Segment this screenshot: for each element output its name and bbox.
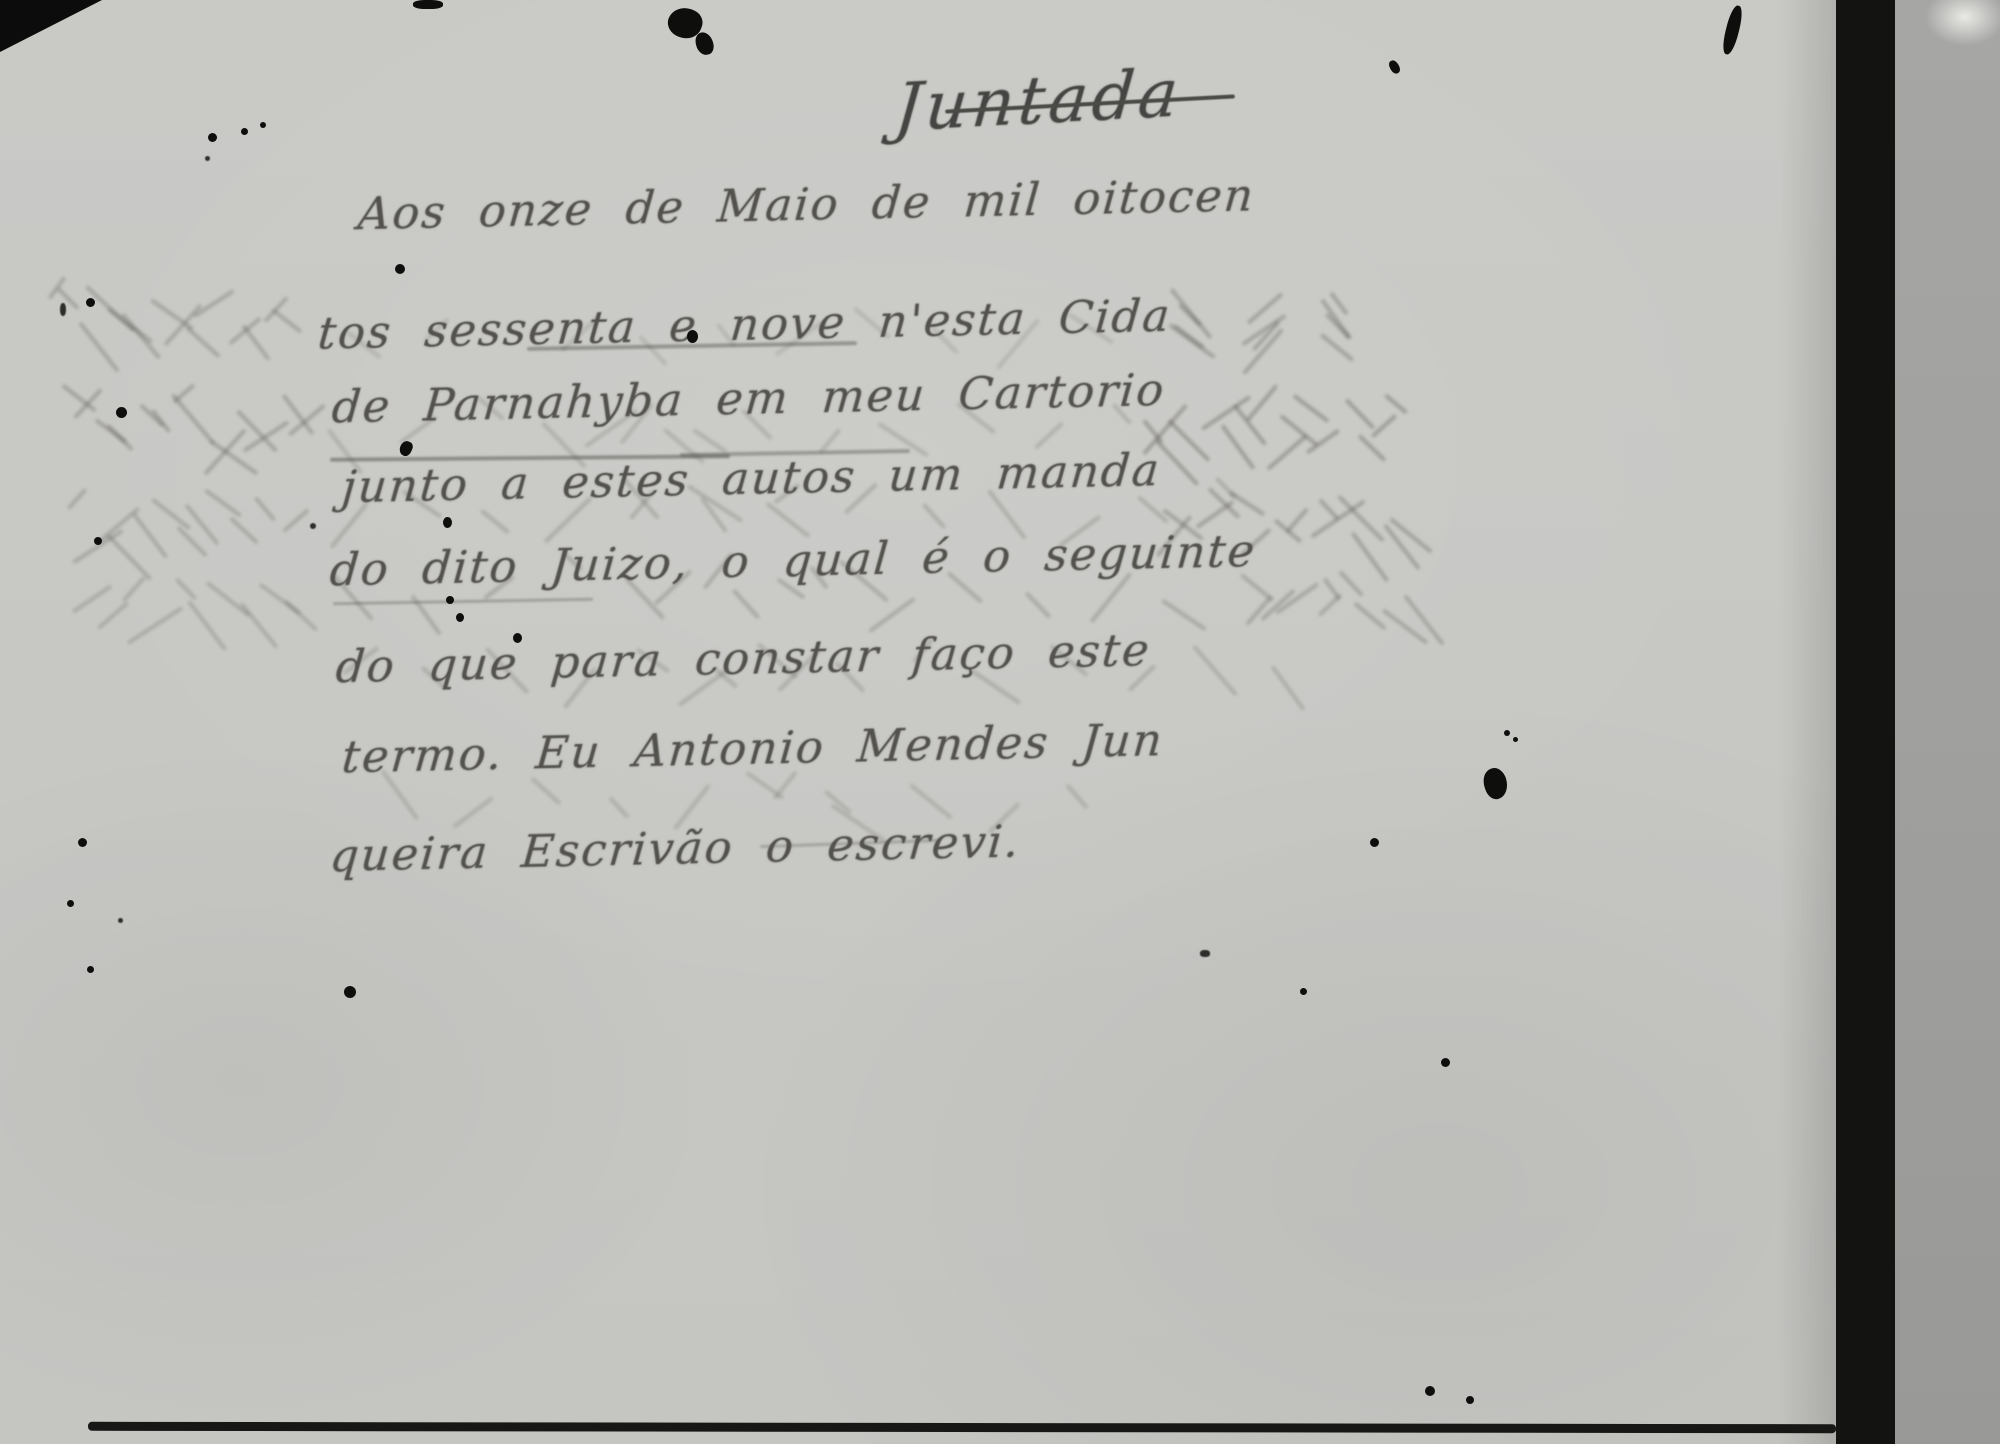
bleedthrough-stroke [1384, 393, 1408, 414]
bleedthrough-stroke [94, 419, 127, 445]
bleedthrough-stroke [1168, 323, 1216, 359]
bleedthrough-stroke [139, 403, 164, 427]
ink-speck [60, 303, 66, 316]
bleedthrough-stroke [1221, 424, 1256, 470]
manuscript-line: do que para constar faço este [334, 623, 1153, 693]
bleedthrough-stroke [259, 582, 302, 615]
scan-border-bottom [88, 1422, 1836, 1433]
ink-speck [208, 133, 217, 142]
bleedthrough-stroke [1161, 598, 1206, 630]
ink-speck [1504, 730, 1510, 736]
ink-blot [1480, 765, 1511, 802]
manuscript-line: tos sessenta e nove n'esta Cida [316, 289, 1174, 360]
bleedthrough-stroke [1338, 570, 1363, 597]
bleedthrough-stroke [909, 783, 953, 819]
ink-speck [1300, 988, 1307, 995]
ink-speck [1513, 737, 1518, 742]
bleedthrough-stroke [72, 584, 112, 613]
bleedthrough-stroke [288, 404, 326, 437]
ink-speck [344, 986, 356, 998]
ink-speck [513, 633, 522, 643]
bleedthrough-stroke [151, 498, 191, 531]
ink-speck [87, 966, 94, 973]
scan-background-right [1895, 0, 2000, 1444]
bleedthrough-stroke [284, 600, 318, 632]
bleedthrough-stroke [1137, 496, 1169, 525]
bleedthrough-stroke [67, 488, 87, 510]
ink-blot [693, 30, 715, 57]
bleedthrough-stroke [241, 324, 270, 361]
ink-speck [67, 900, 74, 907]
bleedthrough-stroke [1325, 312, 1351, 339]
bleedthrough-stroke [1345, 399, 1376, 431]
ink-speck [241, 128, 248, 135]
ink-mark [1387, 59, 1402, 76]
bleedthrough-stroke [1260, 588, 1295, 620]
bleedthrough-stroke [243, 420, 290, 452]
bleedthrough-stroke [1371, 413, 1397, 437]
bleedthrough-stroke [1358, 434, 1387, 462]
bleedthrough-stroke [824, 790, 853, 815]
manuscript-line: termo. Eu Antonio Mendes Jun [340, 713, 1166, 783]
bleedthrough-stroke [203, 429, 246, 476]
bleedthrough-stroke [1025, 591, 1051, 618]
bleedthrough-stroke [72, 529, 124, 564]
bleedthrough-stroke [1173, 324, 1205, 349]
bleedthrough-stroke [172, 383, 195, 404]
scanned-document-page: Juntada Aos onze de Maio de mil oitocen … [0, 0, 2000, 1444]
bleedthrough-stroke [732, 589, 760, 620]
bleedthrough-stroke [1229, 490, 1266, 516]
bleedthrough-stroke [1208, 487, 1241, 519]
ink-speck [443, 517, 452, 528]
bleedthrough-stroke [73, 388, 103, 419]
ink-speck [1370, 838, 1379, 847]
ink-speck [116, 407, 127, 418]
bleedthrough-stroke [184, 504, 219, 546]
bleedthrough-stroke [868, 596, 916, 632]
bleedthrough-stroke [272, 308, 303, 333]
bleedthrough-stroke [1215, 477, 1237, 500]
ink-speck [397, 439, 414, 458]
bleedthrough-stroke [480, 508, 510, 533]
scan-corner-shadow [0, 0, 102, 52]
ink-speck [118, 918, 123, 923]
ink-speck [78, 838, 87, 847]
bleedthrough-stroke [1274, 519, 1303, 544]
bleedthrough-stroke [692, 428, 727, 454]
bleedthrough-stroke [1383, 523, 1421, 570]
bleedthrough-stroke [1065, 784, 1088, 810]
bleedthrough-stroke [210, 440, 259, 476]
bleedthrough-stroke [122, 575, 146, 601]
manuscript-line: junto a estes autos um manda [340, 443, 1163, 513]
ink-speck [1425, 1386, 1435, 1396]
bleedthrough-stroke [61, 384, 97, 413]
bleedthrough-stroke [1192, 645, 1238, 697]
bleedthrough-stroke [205, 580, 250, 616]
ink-speck [94, 537, 102, 545]
bleedthrough-stroke [1247, 292, 1284, 325]
bleedthrough-stroke [193, 289, 235, 318]
bleedthrough-stroke [187, 600, 227, 651]
bleedthrough-stroke [1271, 665, 1306, 711]
manuscript-line: do dito Juizo, o qual é o seguinte [328, 524, 1259, 597]
bleedthrough-stroke [163, 304, 202, 347]
bleedthrough-stroke [175, 577, 197, 600]
bleedthrough-stroke [1310, 499, 1365, 538]
bleedthrough-stroke [1252, 321, 1280, 352]
bleedthrough-stroke [1337, 495, 1384, 542]
bleedthrough-stroke [1382, 608, 1428, 644]
bleedthrough-stroke [150, 298, 194, 331]
bleedthrough-stroke [1320, 333, 1354, 362]
bleedthrough-stroke [85, 284, 135, 331]
bleedthrough-stroke [452, 796, 494, 829]
bleedthrough-stroke [1246, 384, 1279, 422]
bleedthrough-stroke [236, 409, 278, 452]
bleedthrough-stroke [282, 508, 310, 533]
ink-mark [1200, 950, 1210, 957]
bleedthrough-stroke [98, 506, 140, 542]
bleedthrough-stroke [1240, 573, 1274, 602]
bleedthrough-stroke [1142, 419, 1163, 444]
bleedthrough-stroke [282, 394, 315, 436]
manuscript-line: Aos onze de Maio de mil oitocen [356, 169, 1257, 241]
bleedthrough-stroke [1201, 396, 1251, 432]
bleedthrough-stroke [1279, 414, 1318, 447]
scan-corner-highlight [1925, 0, 2000, 46]
ink-speck [260, 122, 266, 128]
bleedthrough-stroke [229, 517, 259, 545]
bleedthrough-stroke [106, 533, 152, 580]
bleedthrough-stroke [333, 598, 593, 606]
bleedthrough-stroke [1323, 577, 1342, 600]
bleedthrough-stroke [1178, 303, 1202, 327]
bleedthrough-stroke [1318, 593, 1342, 617]
bleedthrough-stroke [171, 393, 215, 445]
ink-streak [1720, 4, 1745, 56]
ink-speck [310, 523, 316, 529]
bleedthrough-stroke [240, 603, 279, 650]
ink-mark [413, 0, 443, 9]
bleedthrough-stroke [1403, 595, 1444, 646]
bleedthrough-stroke [228, 317, 261, 346]
bleedthrough-stroke [185, 326, 220, 358]
bleedthrough-stroke [204, 489, 242, 518]
bleedthrough-stroke [1353, 601, 1386, 630]
bleedthrough-stroke [1320, 299, 1351, 340]
bleedthrough-stroke [151, 409, 171, 434]
ink-speck [1466, 1396, 1474, 1404]
bleedthrough-stroke [922, 502, 946, 528]
bleedthrough-stroke [254, 497, 276, 523]
bleedthrough-stroke [1170, 287, 1213, 338]
ink-speck [687, 330, 698, 343]
bleedthrough-stroke [78, 321, 119, 372]
bleedthrough-stroke [1318, 498, 1339, 520]
bleedthrough-stroke [1285, 507, 1308, 533]
bleedthrough-stroke [772, 771, 797, 801]
bleedthrough-stroke [1329, 292, 1348, 316]
bleedthrough-stroke [48, 276, 67, 299]
bleedthrough-stroke [608, 797, 629, 819]
bleedthrough-stroke [1275, 582, 1319, 615]
bleedthrough-stroke [263, 296, 288, 323]
bleedthrough-stroke [106, 423, 134, 451]
bleedthrough-stroke [1242, 328, 1284, 375]
bleedthrough-stroke [107, 307, 153, 343]
bleedthrough-stroke [97, 602, 129, 631]
manuscript-line: de Parnahyba em meu Cartorio [330, 363, 1168, 434]
bleedthrough-stroke [132, 512, 168, 558]
bleedthrough-stroke [1233, 404, 1267, 446]
ink-speck [456, 613, 464, 622]
bleedthrough-stroke [531, 777, 562, 805]
bleedthrough-stroke [1389, 517, 1433, 553]
ink-speck [86, 298, 95, 307]
manuscript-line: queira Escrivão o escrevi. [328, 815, 1023, 883]
bleedthrough-stroke [1241, 314, 1286, 346]
scan-border-right [1836, 0, 1898, 1444]
bleedthrough-stroke [127, 606, 184, 645]
ink-speck [395, 264, 405, 274]
ink-speck [446, 596, 454, 604]
bleedthrough-stroke [1306, 429, 1340, 455]
bleedthrough-stroke [1293, 394, 1330, 423]
bleedthrough-stroke [121, 312, 161, 359]
ink-speck [1441, 1058, 1450, 1067]
bleedthrough-stroke [1351, 532, 1390, 583]
paper-edge-shadow [1778, 0, 1836, 1444]
bleedthrough-stroke [1167, 419, 1210, 462]
bleedthrough-stroke [176, 526, 208, 558]
bleedthrough-stroke [1266, 434, 1307, 470]
ink-speck [205, 156, 210, 161]
bleedthrough-stroke [1245, 595, 1272, 626]
